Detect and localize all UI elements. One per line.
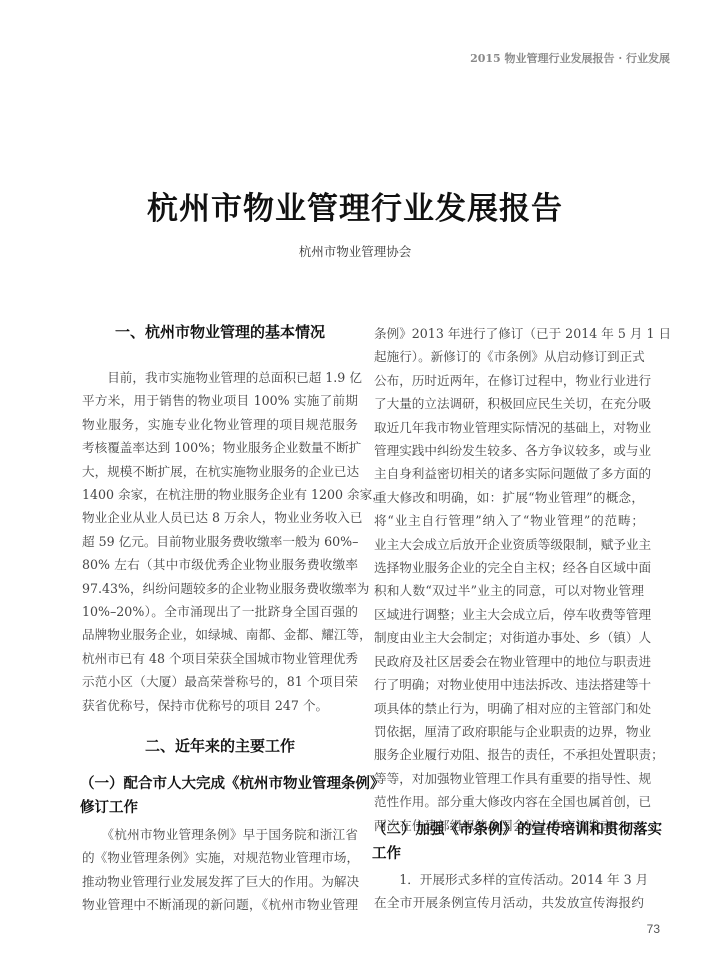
text-line: 推动物业管理行业发展发挥了巨大的作用。为解决 [82,870,358,893]
subsection2-paragraph: 1．开展形式多样的宣传活动。2014 年 3 月 在全市开展条例宣传月活动，共发… [374,868,644,915]
section-heading-1: 一、杭州市物业管理的基本情况 [82,321,358,342]
subsection-heading-1: （一）配合市人大完成《杭州市物业管理条例》 修订工作 [80,772,360,820]
text-line: 考核覆盖率达到 100%；物业服务企业数量不断扩 [82,436,358,459]
section-heading-2: 二、近年来的主要工作 [82,735,358,756]
text-line: 大，规模不断扩展，在杭实施物业服务的企业已达 [82,460,358,483]
subsection-heading-line: 修订工作 [80,796,360,820]
text-line: 《杭州市物业管理条例》早于国务院和浙江省 [82,823,358,846]
article-title: 杭州市物业管理行业发展报告 [0,183,710,228]
text-line: 获省优称号，保持市优称号的项目 247 个。 [82,694,358,717]
text-line: 1．开展形式多样的宣传活动。2014 年 3 月 [374,868,644,891]
text-line: 主自身利益密切相关的诸多实际问题做了多方面的 [374,462,644,485]
text-line: 示范小区（大厦）最高荣誉称号的，81 个项目荣 [82,670,358,693]
text-line: 等等，对加强物业管理工作具有重要的指导性、规 [374,767,644,790]
subsection-heading-line: （一）配合市人大完成《杭州市物业管理条例》 [80,772,360,796]
text-line: 1400 余家，在杭注册的物业服务企业有 1200 余家， [82,483,358,506]
text-line: 区域进行调整；业主大会成立后，停车收费等管理 [374,603,644,626]
running-head: 2015 物业管理行业发展报告 · 行业发展 [440,50,670,66]
text-line: 重大修改和明确，如：扩展“物业管理”的概念， [374,486,644,509]
text-line: 物业企业从业人员已达 8 万余人，物业业务收入已 [82,506,358,529]
text-line: 积和人数“双过半”业主的同意，可以对物业管理 [374,579,644,602]
subsection1-paragraph: 《杭州市物业管理条例》早于国务院和浙江省 的《物业管理条例》实施，对规范物业管理… [82,823,358,917]
text-line: 管理实践中纠纷发生较多、各方争议较多，或与业 [374,439,644,462]
continuation-paragraph: 条例》2013 年进行了修订（已于 2014 年 5 月 1 日 起施行）。新修… [374,322,644,837]
text-line: 物业管理中不断涌现的新问题，《杭州市物业管理 [82,893,358,916]
text-line: 97.43%，纠纷问题较多的企业物业服务费收缴率为 [82,577,358,600]
text-line: 业主大会成立后放开企业资质等级限制，赋予业主 [374,533,644,556]
text-line: 杭州市已有 48 个项目荣获全国城市物业管理优秀 [82,647,358,670]
text-line: 公布，历时近两年，在修订过程中，物业行业进行 [374,369,644,392]
text-line: 罚依据，厘清了政府职能与企业职责的边界，物业 [374,720,644,743]
subsection-heading-line: （二）加强《市条例》的宣传培训和贯彻落实 [372,818,647,842]
text-line: 民政府及社区居委会在物业管理中的地位与职责进 [374,650,644,673]
article-author: 杭州市物业管理协会 [0,242,710,260]
text-line: 物业服务，实施专业化物业管理的项目规范服务 [82,413,358,436]
text-line: 在全市开展条例宣传月活动，共发放宣传海报约 [374,891,644,914]
text-line: 行了明确；对物业使用中违法拆改、违法搭建等十 [374,673,644,696]
text-line: 超 59 亿元。目前物业服务费收缴率一般为 60%– [82,530,358,553]
text-line: 条例》2013 年进行了修订（已于 2014 年 5 月 1 日 [374,322,644,345]
text-line: 将“业主自行管理”纳入了“物业管理”的范畴； [374,509,644,532]
text-line: 80% 左右（其中市级优秀企业物业服务费收缴率 [82,553,358,576]
text-line: 起施行）。新修订的《市条例》从启动修订到正式 [374,345,644,368]
text-line: 了大量的立法调研，积极回应民生关切，在充分吸 [374,392,644,415]
text-line: 范性作用。部分重大修改内容在全国也属首创，已 [374,790,644,813]
text-line: 平方米，用于销售的物业项目 100% 实施了前期 [82,389,358,412]
subsection-heading-2: （二）加强《市条例》的宣传培训和贯彻落实 工作 [372,818,647,866]
text-line: 10%–20%）。全市涌现出了一批跻身全国百强的 [82,600,358,623]
text-line: 的《物业管理条例》实施，对规范物业管理市场， [82,846,358,869]
text-line: 制度由业主大会制定；对街道办事处、乡（镇）人 [374,626,644,649]
subsection-heading-line: 工作 [372,842,647,866]
text-line: 项具体的禁止行为，明确了相对应的主管部门和处 [374,697,644,720]
text-line: 品牌物业服务企业，如绿城、南都、金都、耀江等， [82,623,358,646]
text-line: 取近几年我市物业管理实际情况的基础上，对物业 [374,416,644,439]
text-line: 目前，我市实施物业管理的总面积已超 1.9 亿 [82,366,358,389]
text-line: 选择物业服务企业的完全自主权；经各自区域中面 [374,556,644,579]
section1-paragraph: 目前，我市实施物业管理的总面积已超 1.9 亿 平方米，用于销售的物业项目 10… [82,366,358,717]
text-line: 服务企业履行劝阻、报告的责任，不承担处置职责； [374,743,644,766]
page-number: 73 [620,922,660,936]
